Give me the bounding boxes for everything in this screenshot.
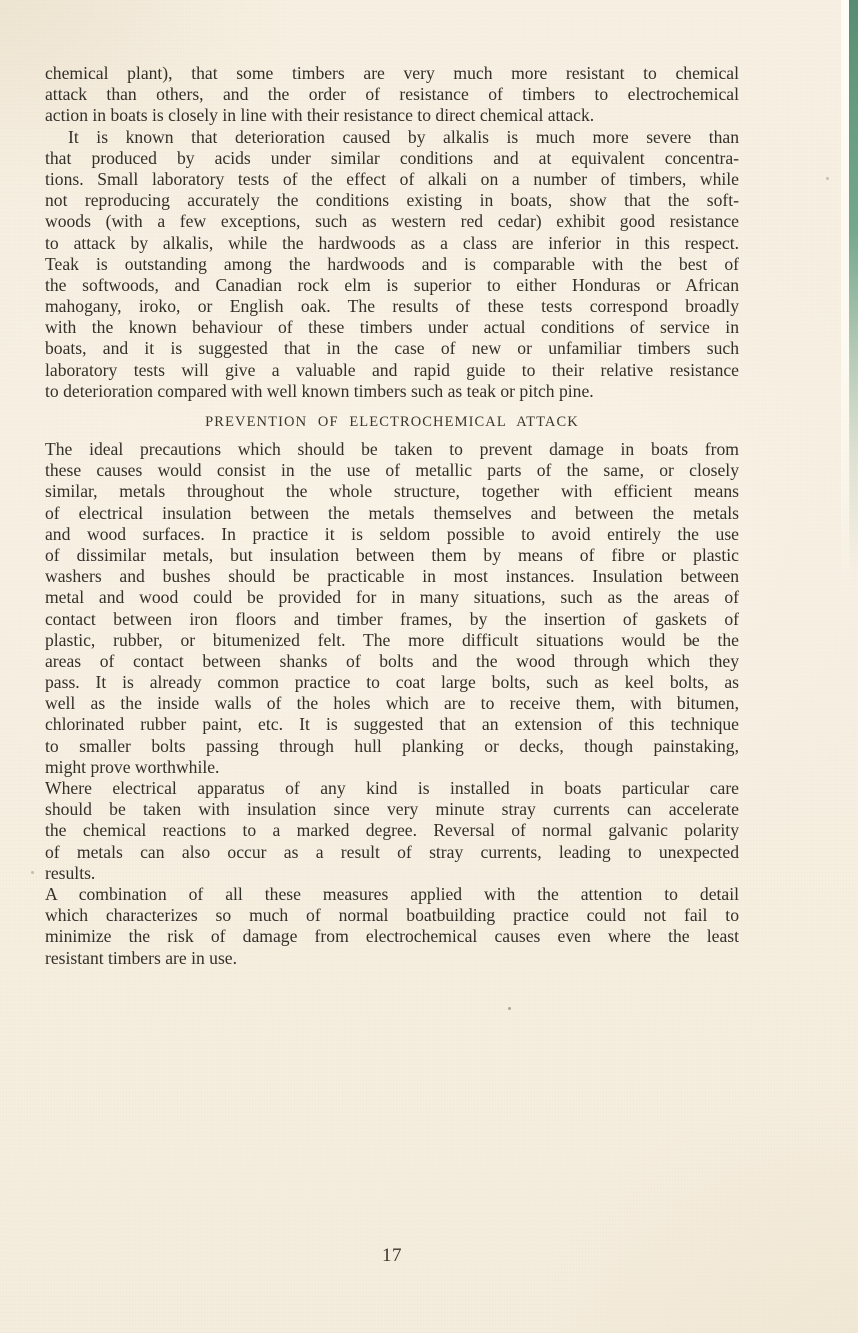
text-line: and wood surfaces. In practice it is sel… xyxy=(45,524,739,545)
text-line: should be taken with insulation since ve… xyxy=(45,799,739,820)
text-line: tions. Small laboratory tests of the eff… xyxy=(45,169,739,190)
text-column: chemical plant), that some timbers are v… xyxy=(45,63,739,969)
text-line: not reproducing accurately the condition… xyxy=(45,190,739,211)
text-line: boats, and it is suggested that in the c… xyxy=(45,338,739,359)
text-line: The ideal precautions which should be ta… xyxy=(45,439,739,460)
book-page: chemical plant), that some timbers are v… xyxy=(0,0,858,1333)
paragraph: A combination of all these measures appl… xyxy=(45,884,739,969)
text-line: of metals can also occur as a result of … xyxy=(45,842,739,863)
text-line: minimize the risk of damage from electro… xyxy=(45,926,739,947)
text-line: to attack by alkalis, while the hardwood… xyxy=(45,233,739,254)
scan-edge-strip xyxy=(849,0,858,570)
text-line: A combination of all these measures appl… xyxy=(45,884,739,905)
text-line: woods (with a few exceptions, such as we… xyxy=(45,211,739,232)
text-line: washers and bushes should be practicable… xyxy=(45,566,739,587)
text-line: to smaller bolts passing through hull pl… xyxy=(45,736,739,757)
text-line: It is known that deterioration caused by… xyxy=(45,127,739,148)
section-heading: PREVENTION OF ELECTROCHEMICAL ATTACK xyxy=(45,414,739,431)
paragraph: Where electrical apparatus of any kind i… xyxy=(45,778,739,884)
page-number: 17 xyxy=(45,1245,739,1267)
text-line: Teak is outstanding among the hardwoods … xyxy=(45,254,739,275)
text-line: which characterizes so much of normal bo… xyxy=(45,905,739,926)
text-line: resistant timbers are in use. xyxy=(45,948,739,969)
text-line: chlorinated rubber paint, etc. It is sug… xyxy=(45,714,739,735)
text-line: Where electrical apparatus of any kind i… xyxy=(45,778,739,799)
text-line: the chemical reactions to a marked degre… xyxy=(45,820,739,841)
text-line: laboratory tests will give a valuable an… xyxy=(45,360,739,381)
text-line: of dissimilar metals, but insulation bet… xyxy=(45,545,739,566)
paragraph: It is known that deterioration caused by… xyxy=(45,127,739,402)
paragraph: chemical plant), that some timbers are v… xyxy=(45,63,739,127)
text-line: to deterioration compared with well know… xyxy=(45,381,739,402)
scan-edge-highlight xyxy=(841,0,850,600)
text-line: mahogany, iroko, or English oak. The res… xyxy=(45,296,739,317)
text-line: of electrical insulation between the met… xyxy=(45,503,739,524)
text-line: similar, metals throughout the whole str… xyxy=(45,481,739,502)
text-line: results. xyxy=(45,863,739,884)
paragraph: The ideal precautions which should be ta… xyxy=(45,439,739,778)
text-line: might prove worthwhile. xyxy=(45,757,739,778)
dust-speck xyxy=(508,1007,511,1010)
text-line: attack than others, and the order of res… xyxy=(45,84,739,105)
text-line: action in boats is closely in line with … xyxy=(45,105,739,126)
dust-speck xyxy=(826,177,829,180)
text-line: pass. It is already common practice to c… xyxy=(45,672,739,693)
text-line: these causes would consist in the use of… xyxy=(45,460,739,481)
text-line: areas of contact between shanks of bolts… xyxy=(45,651,739,672)
text-line: with the known behaviour of these timber… xyxy=(45,317,739,338)
text-line: that produced by acids under similar con… xyxy=(45,148,739,169)
text-line: plastic, rubber, or bitumenized felt. Th… xyxy=(45,630,739,651)
text-line: metal and wood could be provided for in … xyxy=(45,587,739,608)
text-line: the softwoods, and Canadian rock elm is … xyxy=(45,275,739,296)
text-line: well as the inside walls of the holes wh… xyxy=(45,693,739,714)
text-line: chemical plant), that some timbers are v… xyxy=(45,63,739,84)
text-line: contact between iron floors and timber f… xyxy=(45,609,739,630)
dust-speck xyxy=(31,871,34,874)
